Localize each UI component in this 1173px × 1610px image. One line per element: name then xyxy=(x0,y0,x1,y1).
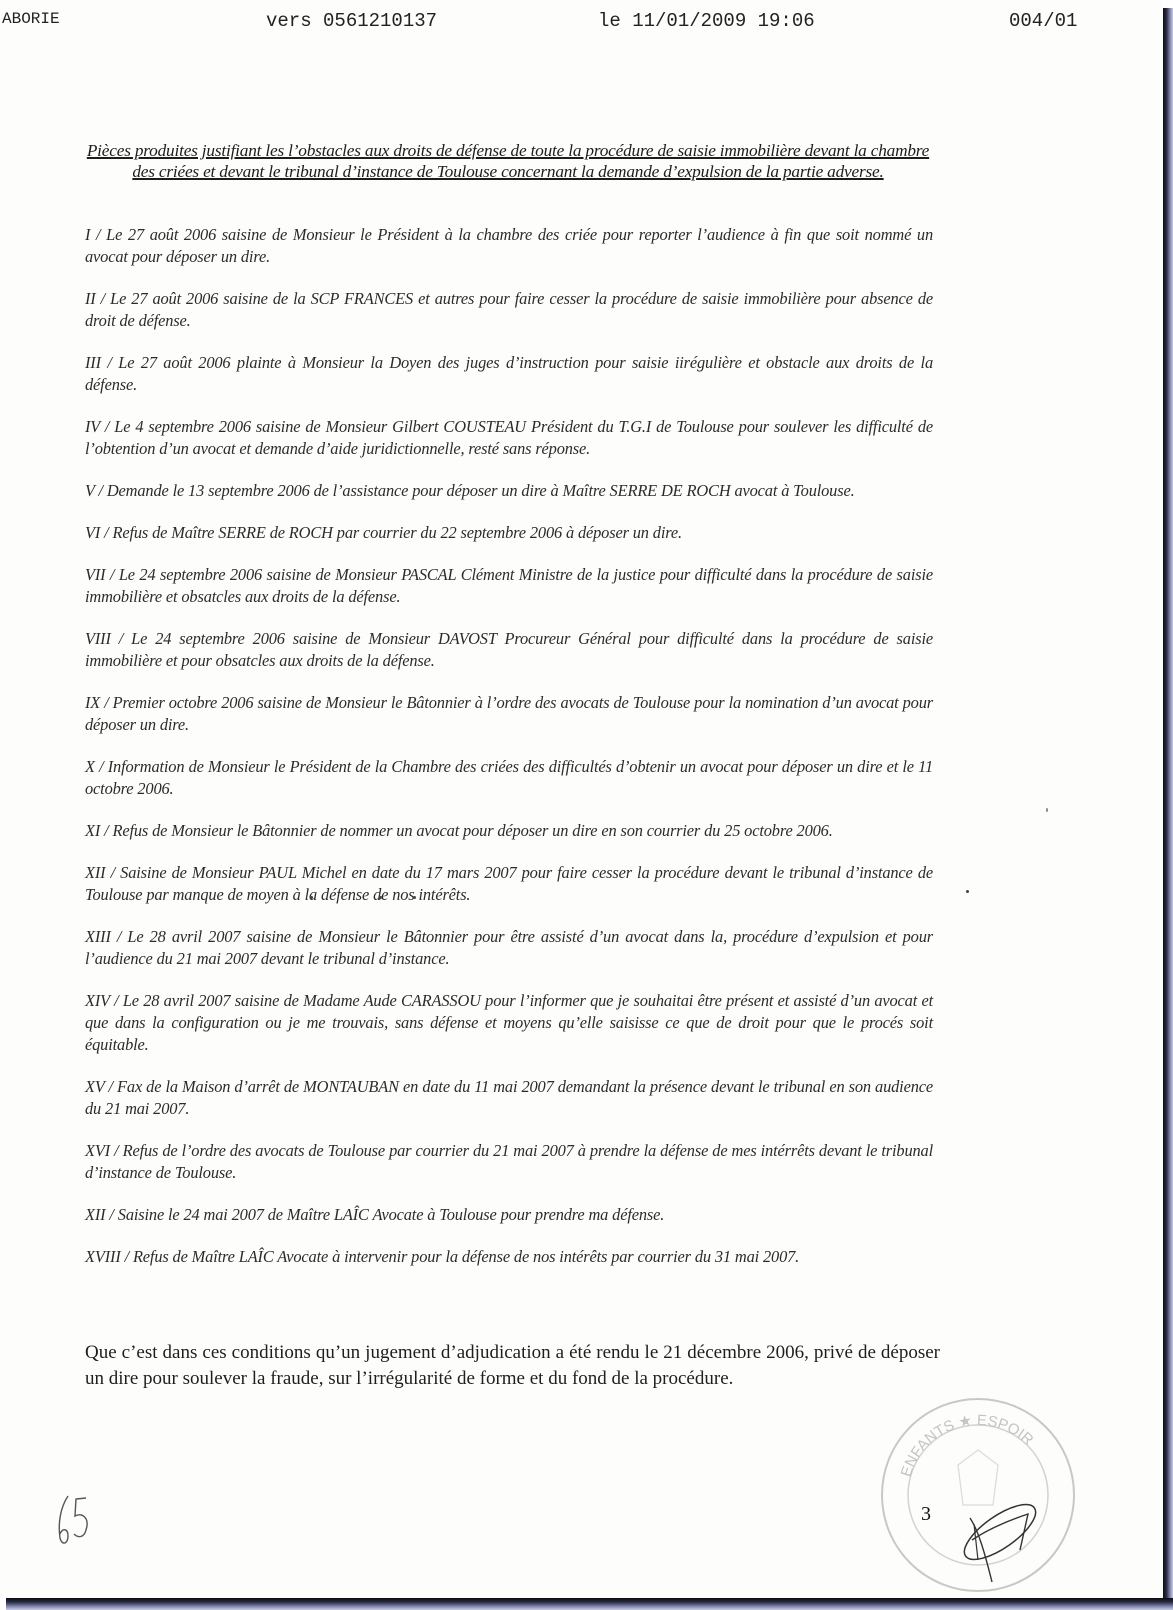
list-item: VIII / Le 24 septembre 2006 saisine de M… xyxy=(85,628,933,672)
page-shadow-right xyxy=(1163,8,1173,1610)
list-item: XI / Refus de Monsieur le Bâtonnier de n… xyxy=(85,820,933,842)
evidence-list: I / Le 27 août 2006 saisine de Monsieur … xyxy=(85,224,933,1268)
fax-timestamp: le 11/01/2009 19:06 xyxy=(598,10,815,32)
page-shadow-bottom xyxy=(6,1598,1173,1610)
list-item: III / Le 27 août 2006 plainte à Monsieur… xyxy=(85,352,933,396)
list-item: V / Demande le 13 septembre 2006 de l’as… xyxy=(85,480,933,502)
svg-text:ENFANTS ★ ESPOIR: ENFANTS ★ ESPOIR xyxy=(898,1412,1037,1479)
scan-artifact xyxy=(310,896,313,899)
list-item: VII / Le 24 septembre 2006 saisine de Mo… xyxy=(85,564,933,608)
list-item: II / Le 27 août 2006 saisine de la SCP F… xyxy=(85,288,933,332)
list-item: XIV / Le 28 avril 2007 saisine de Madame… xyxy=(85,990,933,1056)
list-item: XV / Fax de la Maison d’arrêt de MONTAUB… xyxy=(85,1076,933,1120)
list-item: IX / Premier octobre 2006 saisine de Mon… xyxy=(85,692,933,736)
signature xyxy=(950,1490,1045,1590)
page-number: 3 xyxy=(921,1503,931,1526)
fax-recipient-number: vers 0561210137 xyxy=(266,10,437,32)
list-item: I / Le 27 août 2006 saisine de Monsieur … xyxy=(85,224,933,268)
list-item: IV / Le 4 septembre 2006 saisine de Mons… xyxy=(85,416,933,460)
list-item: XII / Saisine de Monsieur PAUL Michel en… xyxy=(85,862,933,906)
list-item: XII / Saisine le 24 mai 2007 de Maître L… xyxy=(85,1204,933,1226)
fax-header: ABORIE vers 0561210137 le 11/01/2009 19:… xyxy=(0,6,1163,34)
scan-artifact xyxy=(413,896,416,899)
scan-artifact xyxy=(379,896,382,899)
scanned-fax-page: ABORIE vers 0561210137 le 11/01/2009 19:… xyxy=(0,0,1163,1598)
list-item: XIII / Le 28 avril 2007 saisine de Monsi… xyxy=(85,926,933,970)
handwritten-annotation xyxy=(54,1490,104,1550)
list-item: VI / Refus de Maître SERRE de ROCH par c… xyxy=(85,522,933,544)
list-item: XVIII / Refus de Maître LAÎC Avocate à i… xyxy=(85,1246,933,1268)
fax-sender: ABORIE xyxy=(2,10,60,28)
list-item: XVI / Refus de l’ordre des avocats de To… xyxy=(85,1140,933,1184)
conclusion-paragraph: Que c’est dans ces conditions qu’un juge… xyxy=(85,1340,940,1392)
scan-artifact xyxy=(966,890,969,893)
scan-artifact xyxy=(1046,808,1048,812)
fax-page-counter: 004/01 xyxy=(1009,10,1077,32)
list-item: X / Information de Monsieur le Président… xyxy=(85,756,933,800)
document-title: Pièces produites justifiant les l’obstac… xyxy=(86,140,930,182)
